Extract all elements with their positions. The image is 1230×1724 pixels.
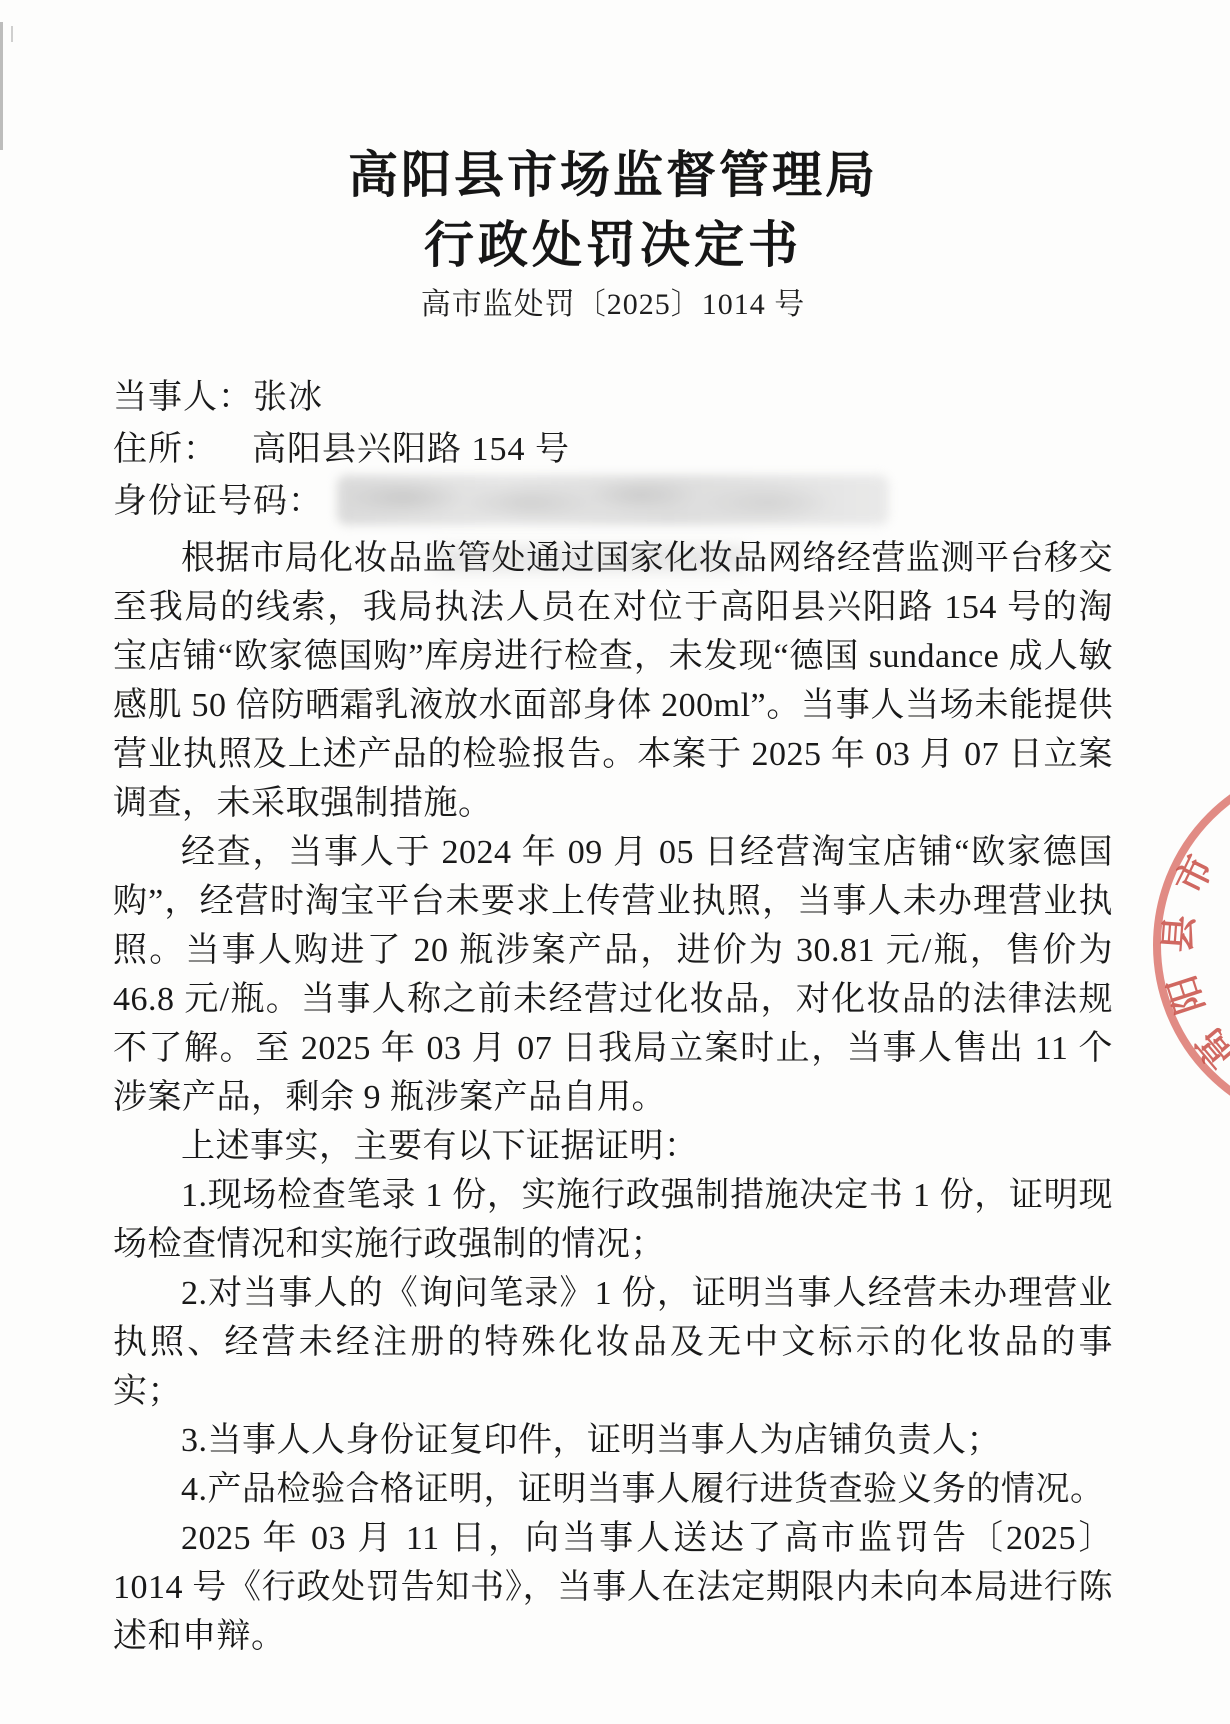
scan-edge-artifact xyxy=(0,22,3,150)
svg-text:高: 高 xyxy=(1188,1020,1230,1075)
svg-text:阳: 阳 xyxy=(1161,970,1212,1018)
document-body: 根据市局化妆品监管处通过国家化妆品网络经营监测平台移交至我局的线索，我局执法人员… xyxy=(113,534,1113,1661)
party-info-section: 当事人：张冰 住所：高阳县兴阳路 154 号 身份证号码： xyxy=(113,372,1113,528)
official-seal: 高 阳 县 市 xyxy=(1139,745,1230,1145)
document-page: 高阳县市场监督管理局 行政处罚决定书 高市监处罚〔2025〕1014 号 当事人… xyxy=(0,0,1230,1724)
paragraph-evidence-2: 2.对当事人的《询问笔录》1 份，证明当事人经营未办理营业执照、经营未经注册的特… xyxy=(113,1269,1113,1416)
paragraph-evidence-1: 1.现场检查笔录 1 份，实施行政强制措施决定书 1 份，证明现场检查情况和实施… xyxy=(113,1171,1113,1269)
document-number: 高市监处罚〔2025〕1014 号 xyxy=(113,282,1113,328)
party-name-label: 当事人： xyxy=(113,379,253,416)
party-address-row: 住所：高阳县兴阳路 154 号 xyxy=(113,424,1113,476)
svg-text:县: 县 xyxy=(1157,914,1201,954)
document-type-title: 行政处罚决定书 xyxy=(113,210,1113,280)
title-block: 高阳县市场监督管理局 行政处罚决定书 高市监处罚〔2025〕1014 号 xyxy=(113,0,1113,328)
document-content: 高阳县市场监督管理局 行政处罚决定书 高市监处罚〔2025〕1014 号 当事人… xyxy=(113,0,1113,1661)
paragraph-evidence-3: 3.当事人人身份证复印件，证明当事人为店铺负责人； xyxy=(113,1416,1113,1465)
party-address-label: 住所： xyxy=(113,431,218,468)
issuing-authority-title: 高阳县市场监督管理局 xyxy=(113,140,1113,210)
party-id-row: 身份证号码： xyxy=(113,476,1113,528)
paragraph-notification: 2025 年 03 月 11 日，向当事人送达了高市监罚告〔2025〕1014 … xyxy=(113,1514,1113,1661)
party-name-value: 张冰 xyxy=(253,379,323,416)
svg-text:市: 市 xyxy=(1168,849,1222,901)
paragraph-case-origin: 根据市局化妆品监管处通过国家化妆品网络经营监测平台移交至我局的线索，我局执法人员… xyxy=(113,534,1113,828)
paragraph-findings: 经查，当事人于 2024 年 09 月 05 日经营淘宝店铺“欧家德国购”，经营… xyxy=(113,828,1113,1122)
seal-ring xyxy=(1157,763,1230,1127)
paragraph-evidence-intro: 上述事实，主要有以下证据证明： xyxy=(113,1122,1113,1171)
party-address-value: 高阳县兴阳路 154 号 xyxy=(252,431,570,468)
party-id-label: 身份证号码： xyxy=(113,483,323,520)
scan-dash-artifact xyxy=(11,26,13,42)
paragraph-evidence-4: 4.产品检验合格证明，证明当事人履行进货查验义务的情况。 xyxy=(113,1465,1113,1514)
party-name-row: 当事人：张冰 xyxy=(113,372,1113,424)
seal-text-arc: 高 阳 县 市 xyxy=(1157,849,1230,1076)
redacted-id-blur xyxy=(337,475,889,525)
